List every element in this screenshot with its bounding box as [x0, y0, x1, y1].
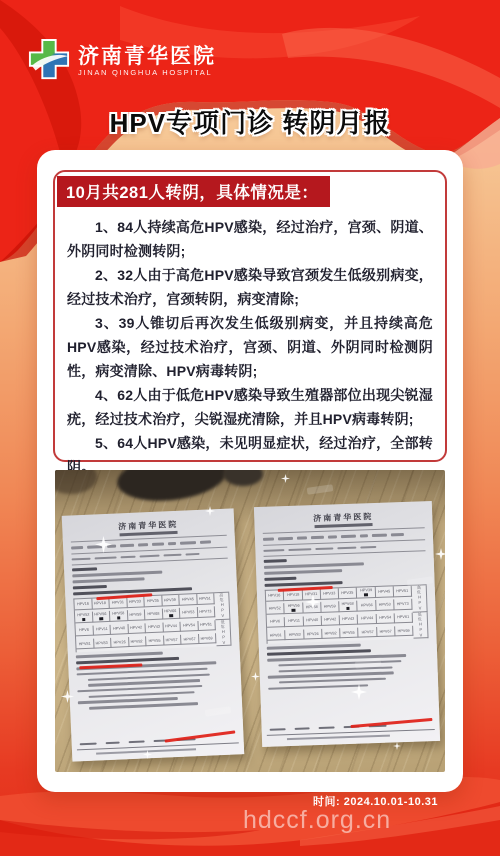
hospital-name-en: JINAN QINGHUA HOSPITAL [78, 68, 216, 78]
paper-subtitle-blur [315, 523, 373, 528]
hospital-name-cn: 济南青华医院 [78, 45, 216, 68]
blurred-text-line [73, 577, 145, 583]
blurred-text-line [80, 742, 97, 745]
hpv-type-cell: HPV81 [267, 630, 286, 641]
paper-text-block [267, 641, 430, 689]
blurred-text-line [318, 726, 334, 729]
hpv-typing-table: HPV16HPV18HPV31HPV33HPV35HPV39HPV45HPV51… [265, 584, 429, 644]
hpv-type-cell: HPV39 [162, 595, 180, 606]
blurred-text-line [138, 543, 147, 546]
blurred-text-line [327, 535, 337, 538]
medical-cross-icon [28, 38, 70, 84]
hpv-type-cell: HPV66 [162, 608, 180, 619]
blurred-text-line [140, 554, 160, 557]
report-box: 10月共281人转阴，具体情况是： 1、84人持续高危HPV感染，经过治疗，宫颈… [53, 170, 447, 462]
report-item: 4、62人由于低危HPV感染导致生殖器部位出现尖锐湿疣，经过技术治疗，尖锐湿疣清… [67, 383, 433, 431]
blurred-text-line [71, 546, 84, 549]
hpv-type-cell: HPV59 [127, 610, 145, 621]
hpv-type-cell: HPV43 [145, 622, 163, 633]
hpv-type-cell: HPV82 [322, 628, 341, 639]
hpv-type-cell: HPV83 [94, 638, 112, 649]
footer-note-blur [287, 735, 390, 741]
hpv-risk-label: 低危HPV [215, 619, 231, 646]
hpv-type-cell: HPV67 [181, 634, 199, 645]
blurred-text-line [263, 549, 284, 552]
hpv-type-cell: HPV53 [376, 600, 395, 611]
blurred-text-line [311, 536, 324, 539]
blurred-text-line [268, 684, 368, 690]
hpv-type-cell: HPV53 [180, 607, 198, 618]
hpv-type-cell: HPV31 [109, 597, 127, 608]
blurred-text-line [297, 536, 307, 539]
blurred-text-line [185, 552, 199, 555]
hpv-type-cell: HPV73 [197, 607, 215, 618]
hpv-type-cell: HPV26 [304, 629, 323, 640]
hpv-type-cell: HPV16 [74, 599, 92, 610]
footer-website-watermark: hdccf.org.cn [243, 806, 391, 835]
blurred-text-line [180, 541, 196, 544]
hpv-type-cell: HPV82 [129, 636, 147, 647]
hpv-type-cell: HPV61 [198, 620, 216, 631]
hpv-type-cell: HPV45 [375, 586, 394, 597]
hpv-type-cell: HPV51 [197, 593, 215, 604]
hpv-type-cell: HPV42 [128, 623, 146, 634]
blurred-text-line [164, 553, 181, 556]
hpv-type-cell: HPV54 [180, 621, 198, 632]
paper-subtitle-blur [120, 531, 178, 537]
hpv-type-cell: HPV18 [284, 590, 303, 601]
hpv-type-cell: HPV40 [111, 624, 129, 635]
hpv-type-cell: HPV44 [358, 614, 377, 625]
hpv-type-cell: HPV57 [164, 635, 182, 646]
hpv-type-cell: HPV69 [198, 633, 216, 644]
blurred-text-line [372, 534, 387, 537]
hpv-type-cell: HPV69 [395, 626, 414, 637]
hpv-type-cell: HPV42 [321, 615, 340, 626]
hpv-risk-label: 高危HPV [412, 585, 428, 612]
lab-reports-photo: 济南青华医院 HPV16HPV18HPV31HPV33HPV35HPV39HPV… [55, 470, 445, 772]
hpv-type-cell: HPV66 [357, 600, 376, 611]
hospital-logo: 济南青华医院 JINAN QINGHUA HOSPITAL [28, 38, 216, 84]
blurred-text-line [72, 571, 162, 577]
blurred-text-line [288, 548, 311, 551]
blurred-text-line [72, 568, 97, 572]
hpv-type-cell: HPV52 [266, 604, 285, 615]
hpv-type-cell: HPV43 [340, 614, 359, 625]
hpv-type-cell: HPV55 [340, 627, 359, 638]
hpv-type-cell: HPV11 [93, 624, 111, 635]
blurred-text-line [200, 540, 211, 543]
hpv-type-cell: HPV51 [393, 586, 412, 597]
hpv-type-cell: HPV61 [394, 612, 413, 623]
blurred-text-line [278, 537, 293, 540]
hpv-type-cell: HPV6 [76, 625, 94, 636]
report-item: 2、32人由于高危HPV感染导致宫颈发生低级别病变，经过技术治疗，宫颈转阴，病变… [67, 263, 433, 311]
blurred-text-line [264, 576, 296, 580]
page-title: HPV专项门诊 转阴月报 [0, 103, 500, 140]
hpv-type-cell: HPV58 [110, 610, 128, 621]
blurred-text-line [315, 547, 333, 550]
hpv-type-cell: HPV44 [163, 621, 181, 632]
hpv-type-cell: HPV39 [357, 587, 376, 598]
hpv-type-cell: HPV35 [144, 596, 162, 607]
hpv-type-cell: HPV33 [127, 596, 145, 607]
blurred-text-line [168, 542, 176, 545]
blurred-text-line [295, 727, 310, 730]
hpv-type-cell: HPV59 [321, 602, 340, 613]
paper-title: 济南青华医院 [262, 510, 424, 525]
hpv-risk-label: 低危HPV [413, 612, 429, 639]
blurred-text-line [279, 678, 386, 684]
hpv-type-cell: HPV45 [179, 594, 197, 605]
hpv-type-cell: HPV68 [339, 601, 358, 612]
hpv-type-cell: HPV31 [302, 589, 321, 600]
blurred-text-line [88, 691, 194, 698]
hpv-type-cell: HPV56 [92, 611, 110, 622]
hpv-type-cell: HPV83 [285, 629, 304, 640]
hpv-type-cell: HPV67 [377, 626, 396, 637]
content-card: 10月共281人转阴，具体情况是： 1、84人持续高危HPV感染，经过治疗，宫颈… [37, 150, 463, 792]
hpv-type-cell: HPV40 [303, 616, 322, 627]
blurred-text-line [360, 545, 376, 548]
blurred-text-line [152, 542, 165, 545]
blurred-text-line [264, 559, 287, 563]
poster-root: 济南青华医院 JINAN QINGHUA HOSPITAL HPV专项门诊 转阴… [0, 0, 500, 856]
blurred-text-line [263, 537, 274, 540]
hpv-type-cell: HPV57 [358, 627, 377, 638]
hpv-type-cell: HPV35 [339, 588, 358, 599]
paper-text-block [72, 562, 229, 589]
hpv-type-cell: HPV11 [285, 616, 304, 627]
paper-text-block [264, 554, 427, 580]
hpv-type-cell: HPV6 [267, 617, 286, 628]
hpv-type-cell: HPV33 [321, 588, 340, 599]
lab-report-right: 济南青华医院 HPV16HPV18HPV31HPV33HPV35HPV39HPV… [254, 501, 440, 747]
blurred-text-line [264, 563, 364, 569]
blurred-text-line [73, 585, 107, 589]
footer-note-blur [96, 748, 196, 754]
blurred-text-line [270, 728, 286, 731]
hpv-type-cell: HPV52 [75, 612, 93, 623]
blurred-text-line [129, 740, 145, 743]
hpv-type-cell: HPV55 [146, 635, 164, 646]
blurred-text-line [360, 534, 368, 537]
hpv-risk-label: 高危HPV [214, 593, 230, 620]
hpv-type-cell: HPV18 [92, 598, 110, 609]
hpv-type-cell: HPV26 [111, 637, 129, 648]
report-item: 1、84人持续高危HPV感染，经过治疗，宫颈、阴道、外阴同时检测转阴; [67, 215, 433, 263]
blurred-text-line [89, 702, 198, 709]
blurred-text-line [120, 544, 134, 547]
blurred-text-line [337, 546, 357, 549]
report-banner: 10月共281人转阴，具体情况是： [57, 176, 330, 207]
blurred-text-line [106, 741, 120, 744]
hpv-type-cell: HPV81 [76, 638, 94, 649]
blurred-text-line [72, 557, 91, 560]
blurred-text-line [267, 649, 371, 656]
hpv-type-cell: HPV54 [376, 613, 395, 624]
blurred-text-line [267, 644, 361, 650]
hpv-type-cell: HPV56 [284, 603, 303, 614]
report-item: 3、39人锥切后再次发生低级别病变，并且持续高危HPV感染，经过技术治疗，宫颈、… [67, 311, 433, 383]
hpv-type-cell: HPV73 [394, 599, 413, 610]
report-body: 1、84人持续高危HPV感染，经过治疗，宫颈、阴道、外阴同时检测转阴; 2、32… [55, 215, 445, 479]
blurred-text-line [94, 556, 116, 559]
signature-rule [267, 729, 435, 736]
paper-text-block [77, 666, 234, 709]
hpv-type-cell: HPV16 [266, 590, 285, 601]
blurred-text-line [264, 569, 342, 574]
hpv-type-cell: HPV68 [145, 609, 163, 620]
blurred-text-line [120, 555, 136, 558]
hpv-typing-table: HPV16HPV18HPV31HPV33HPV35HPV39HPV45HPV51… [73, 592, 231, 653]
blurred-text-line [390, 533, 403, 536]
lab-report-left: 济南青华医院 HPV16HPV18HPV31HPV33HPV35HPV39HPV… [62, 508, 245, 761]
blurred-text-line [341, 535, 356, 538]
